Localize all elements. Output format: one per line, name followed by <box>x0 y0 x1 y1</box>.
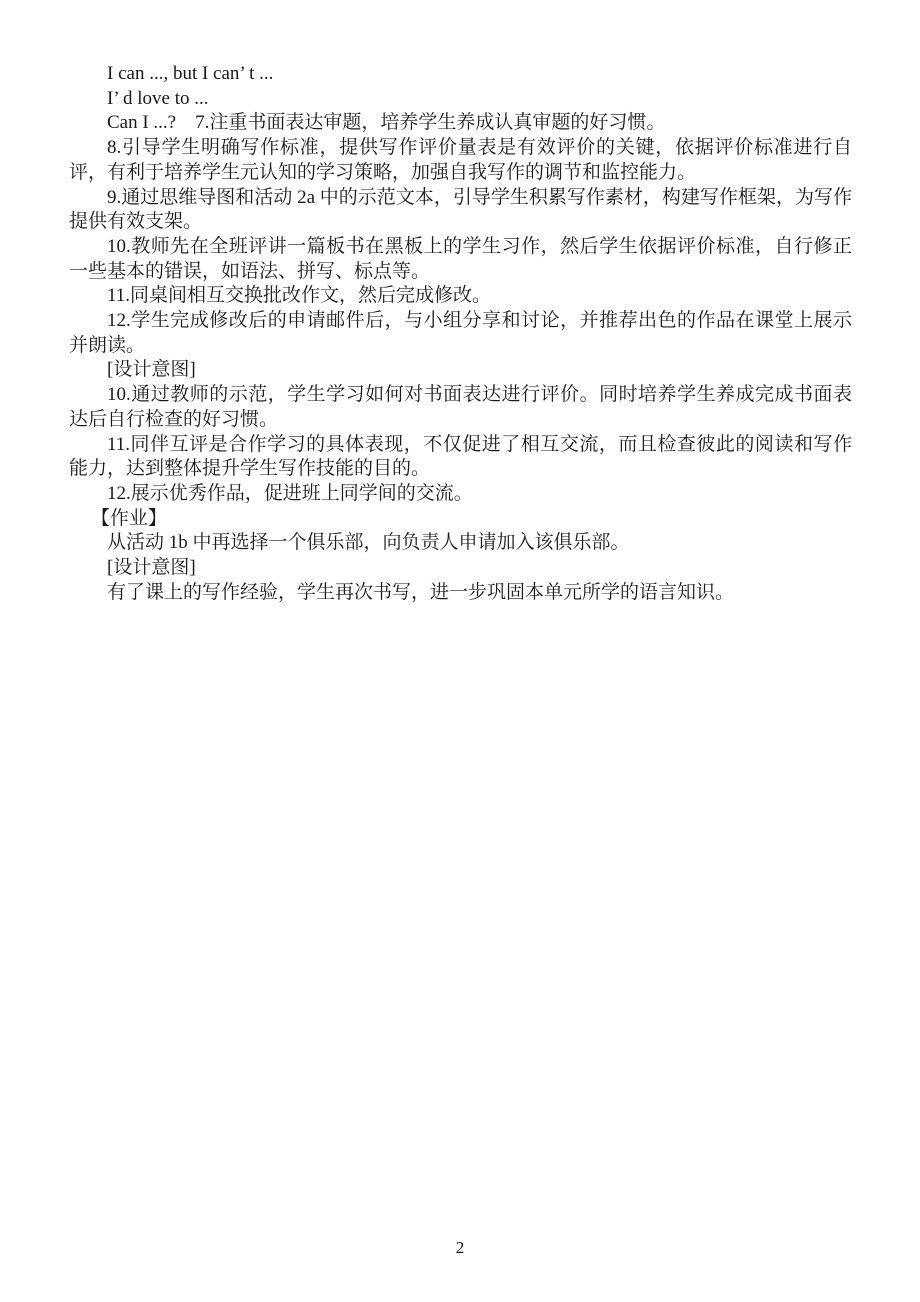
numbered-item-11: 11.同桌间相互交换批改作文，然后完成修改。 <box>69 284 852 309</box>
numbered-item-10: 10.教师先在全班评讲一篇板书在黑板上的学生习作，然后学生依据评价标准，自行修正… <box>69 235 852 284</box>
example-sentence-with-note: Can I ...? 7.注重书面表达审题，培养学生养成认真审题的好习惯。 <box>69 111 852 136</box>
design-intent-label: [设计意图] <box>69 556 852 581</box>
design-intent-item-12: 12.展示优秀作品，促进班上同学间的交流。 <box>69 482 852 507</box>
example-sentence: I’ d love to ... <box>69 87 852 112</box>
document-body: I can ..., but I can’ t ... I’ d love to… <box>69 62 852 605</box>
homework-heading: 【作业】 <box>69 507 852 532</box>
design-intent-item-11: 11.同伴互评是合作学习的具体表现，不仅促进了相互交流，而且检查彼此的阅读和写作… <box>69 433 852 482</box>
numbered-item-9: 9.通过思维导图和活动 2a 中的示范文本，引导学生积累写作素材，构建写作框架，… <box>69 186 852 235</box>
numbered-item-12: 12.学生完成修改后的申请邮件后，与小组分享和讨论，并推荐出色的作品在课堂上展示… <box>69 309 852 358</box>
design-intent-label: [设计意图] <box>69 358 852 383</box>
design-intent-text: 有了课上的写作经验，学生再次书写，进一步巩固本单元所学的语言知识。 <box>69 581 852 606</box>
document-page: I can ..., but I can’ t ... I’ d love to… <box>0 0 920 1302</box>
numbered-item-8: 8.引导学生明确写作标准，提供写作评价量表是有效评价的关键，依据评价标准进行自评… <box>69 136 852 185</box>
design-intent-item-10: 10.通过教师的示范，学生学习如何对书面表达进行评价。同时培养学生养成完成书面表… <box>69 383 852 432</box>
homework-task: 从活动 1b 中再选择一个俱乐部，向负责人申请加入该俱乐部。 <box>69 531 852 556</box>
example-sentence: I can ..., but I can’ t ... <box>69 62 852 87</box>
page-number: 2 <box>0 1238 920 1258</box>
